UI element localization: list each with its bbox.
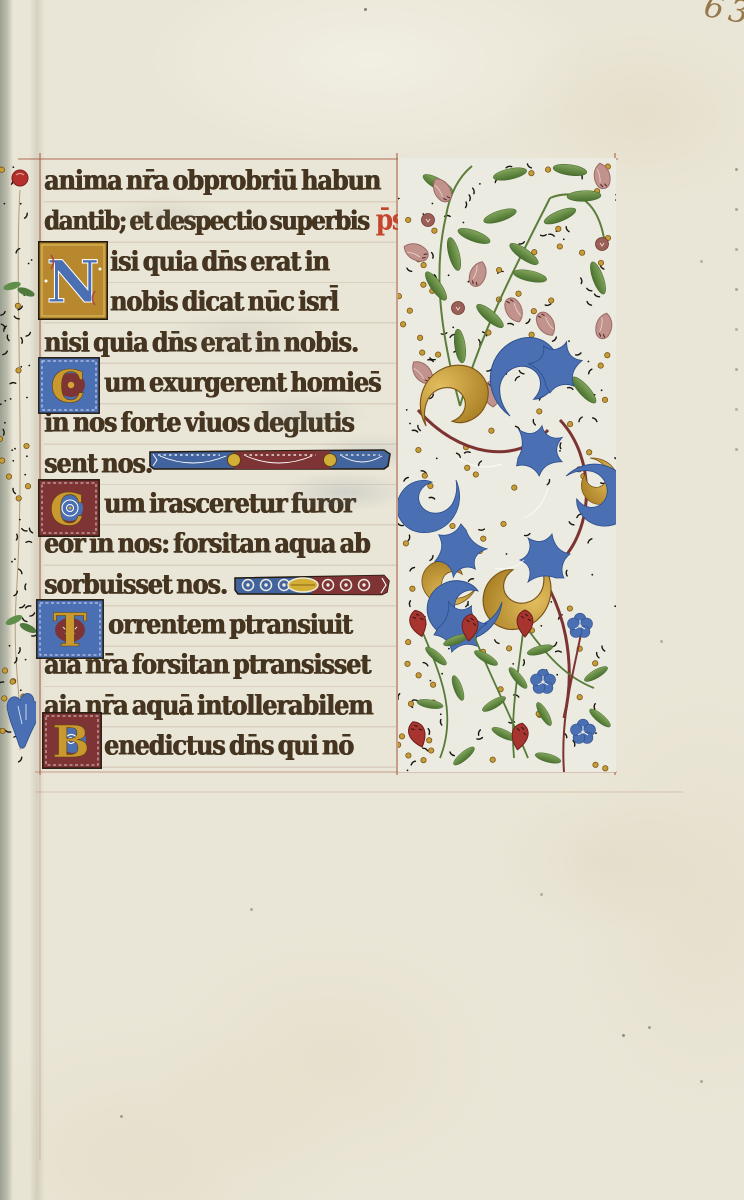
- illuminated-initial-c2: C: [38, 479, 100, 537]
- illuminated-initial-n: N: [38, 241, 108, 320]
- manuscript-line: anima nr̄a obprobriū habun: [44, 162, 396, 202]
- folio-number: 63: [701, 0, 744, 36]
- manuscript-line: um irasceretur furor: [44, 485, 456, 525]
- manuscript-line: enedictus dn̄s qui nō: [44, 727, 456, 767]
- parchment-specks: [364, 8, 367, 11]
- facing-page-edge: [0, 150, 36, 790]
- facing-page-border-sliver: [0, 150, 36, 790]
- initial-letter: B: [52, 717, 89, 768]
- red-flower-motif: [12, 170, 28, 186]
- initial-letter: T: [53, 603, 87, 657]
- illuminated-initial-t: T: [36, 599, 104, 659]
- line-filler: [232, 573, 392, 597]
- initial-letter: N: [46, 248, 99, 316]
- manuscript-line: dantib; et despectio superbisp̄s: [44, 202, 396, 242]
- manuscript-line: um exurgerent homies̄: [44, 364, 456, 404]
- initial-letter: C: [50, 362, 85, 413]
- initial-letter: C: [49, 485, 84, 536]
- line-filler: [148, 448, 392, 472]
- illuminated-initial-c1: C: [38, 357, 100, 414]
- illuminated-border-panel: [398, 158, 616, 772]
- manuscript-page-photo: anima nr̄a obprobriū habun dantib; et de…: [0, 0, 744, 1200]
- blue-flower-motif: [7, 693, 36, 748]
- pricking-marks: [735, 168, 738, 171]
- illuminated-initial-b: B: [42, 712, 102, 769]
- ruling-line: [35, 791, 683, 793]
